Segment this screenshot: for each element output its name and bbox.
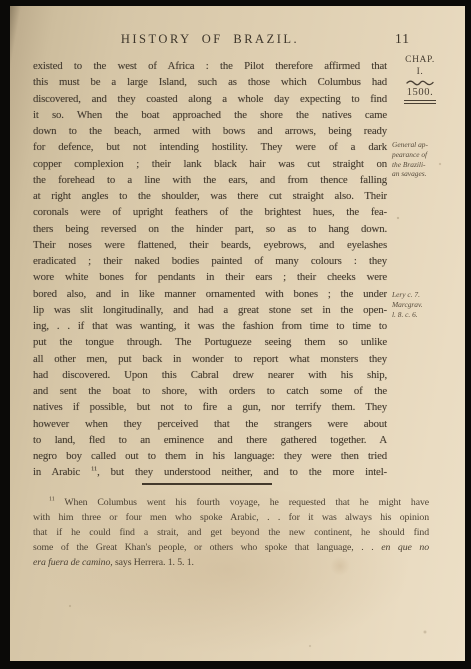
sidenote-citation: Lery c. 7.Marcgrav.l. 8. c. 6. (392, 290, 466, 319)
chapter-marker: CHAP. I. 1500. (392, 55, 448, 104)
text-line: down to the beach, armed with bows and a… (33, 123, 387, 139)
book-page: HISTORY OF BRAZIL. 11 CHAP. I. 1500. exi… (10, 6, 465, 661)
text-line: coronals were of upright feathers of the… (33, 204, 387, 220)
sidenote-appearance: General ap-pearance ofthe Brazili-an sav… (392, 140, 466, 179)
text-line: eradicated ; their naked bodies painted … (33, 253, 387, 269)
text-line: that if he could find a strait, and get … (33, 525, 429, 540)
chapter-year: 1500. (404, 87, 437, 104)
text-line: 11 When Columbus went his fourth voyage,… (33, 495, 429, 510)
text-line: negro boy called out to them in his lang… (33, 448, 387, 464)
page-number: 11 (395, 31, 439, 47)
text-line: in Arabic 11, but they understood neithe… (33, 464, 387, 480)
text-line: for defence, but not intending hostility… (33, 139, 387, 155)
text-line: an savages. (392, 169, 466, 179)
text-line: had discovered. Upon this Cabral drew ne… (33, 367, 387, 383)
chapter-label: CHAP. (392, 55, 448, 67)
text-line: General ap- (392, 140, 466, 150)
text-line: however when they perceived that the str… (33, 416, 387, 432)
text-line: put the tongue through. The Portugueze s… (33, 334, 387, 350)
scanned-page-frame: HISTORY OF BRAZIL. 11 CHAP. I. 1500. exi… (0, 0, 471, 669)
text-line: bored also, and in like manner ornamente… (33, 286, 387, 302)
footnote: 11 When Columbus went his fourth voyage,… (33, 495, 429, 570)
text-line: with him three or four men who spoke Ara… (33, 510, 429, 525)
chapter-numeral: I. (392, 67, 448, 79)
text-line: era fuera de camino, says Herrera. 1. 5.… (33, 555, 429, 570)
text-line: some of the Great Khan's people, or othe… (33, 540, 429, 555)
running-header: HISTORY OF BRAZIL. (33, 32, 387, 47)
text-line: l. 8. c. 6. (392, 310, 466, 320)
text-line: the Brazili- (392, 160, 466, 170)
body-text: existed to the west of Africa : the Pilo… (33, 58, 387, 481)
text-line: to land, fled to an eminence and there g… (33, 432, 387, 448)
text-line: pearance of (392, 150, 466, 160)
text-line: wore white bones for pendants in their e… (33, 269, 387, 285)
text-line: it so. When the boat approached the shor… (33, 107, 387, 123)
text-line: natives if possible, but not to fire a g… (33, 399, 387, 415)
text-line: discovered, and they coasted along a who… (33, 91, 387, 107)
text-line: the forehead to a line with the ears, an… (33, 172, 387, 188)
text-line: Lery c. 7. (392, 290, 466, 300)
text-line: Their noses were flattened, their beards… (33, 237, 387, 253)
text-line: and sent the boat to shore, with orders … (33, 383, 387, 399)
text-line: all other men, put back in wonder to rep… (33, 351, 387, 367)
text-line: copper complexion ; their lank black hai… (33, 156, 387, 172)
text-line: Marcgrav. (392, 300, 466, 310)
footnote-separator-rule (142, 483, 272, 485)
text-line: lip was slit longitudinally, and had a g… (33, 302, 387, 318)
text-line: at right angles to the shoulder, was the… (33, 188, 387, 204)
text-line: thers being reversed on the hinder part,… (33, 221, 387, 237)
text-line: ing, . . if that was wanting, it was the… (33, 318, 387, 334)
text-line: this must be a large Island, such as tho… (33, 74, 387, 90)
text-line: existed to the west of Africa : the Pilo… (33, 58, 387, 74)
chapter-flourish-icon (406, 79, 434, 86)
